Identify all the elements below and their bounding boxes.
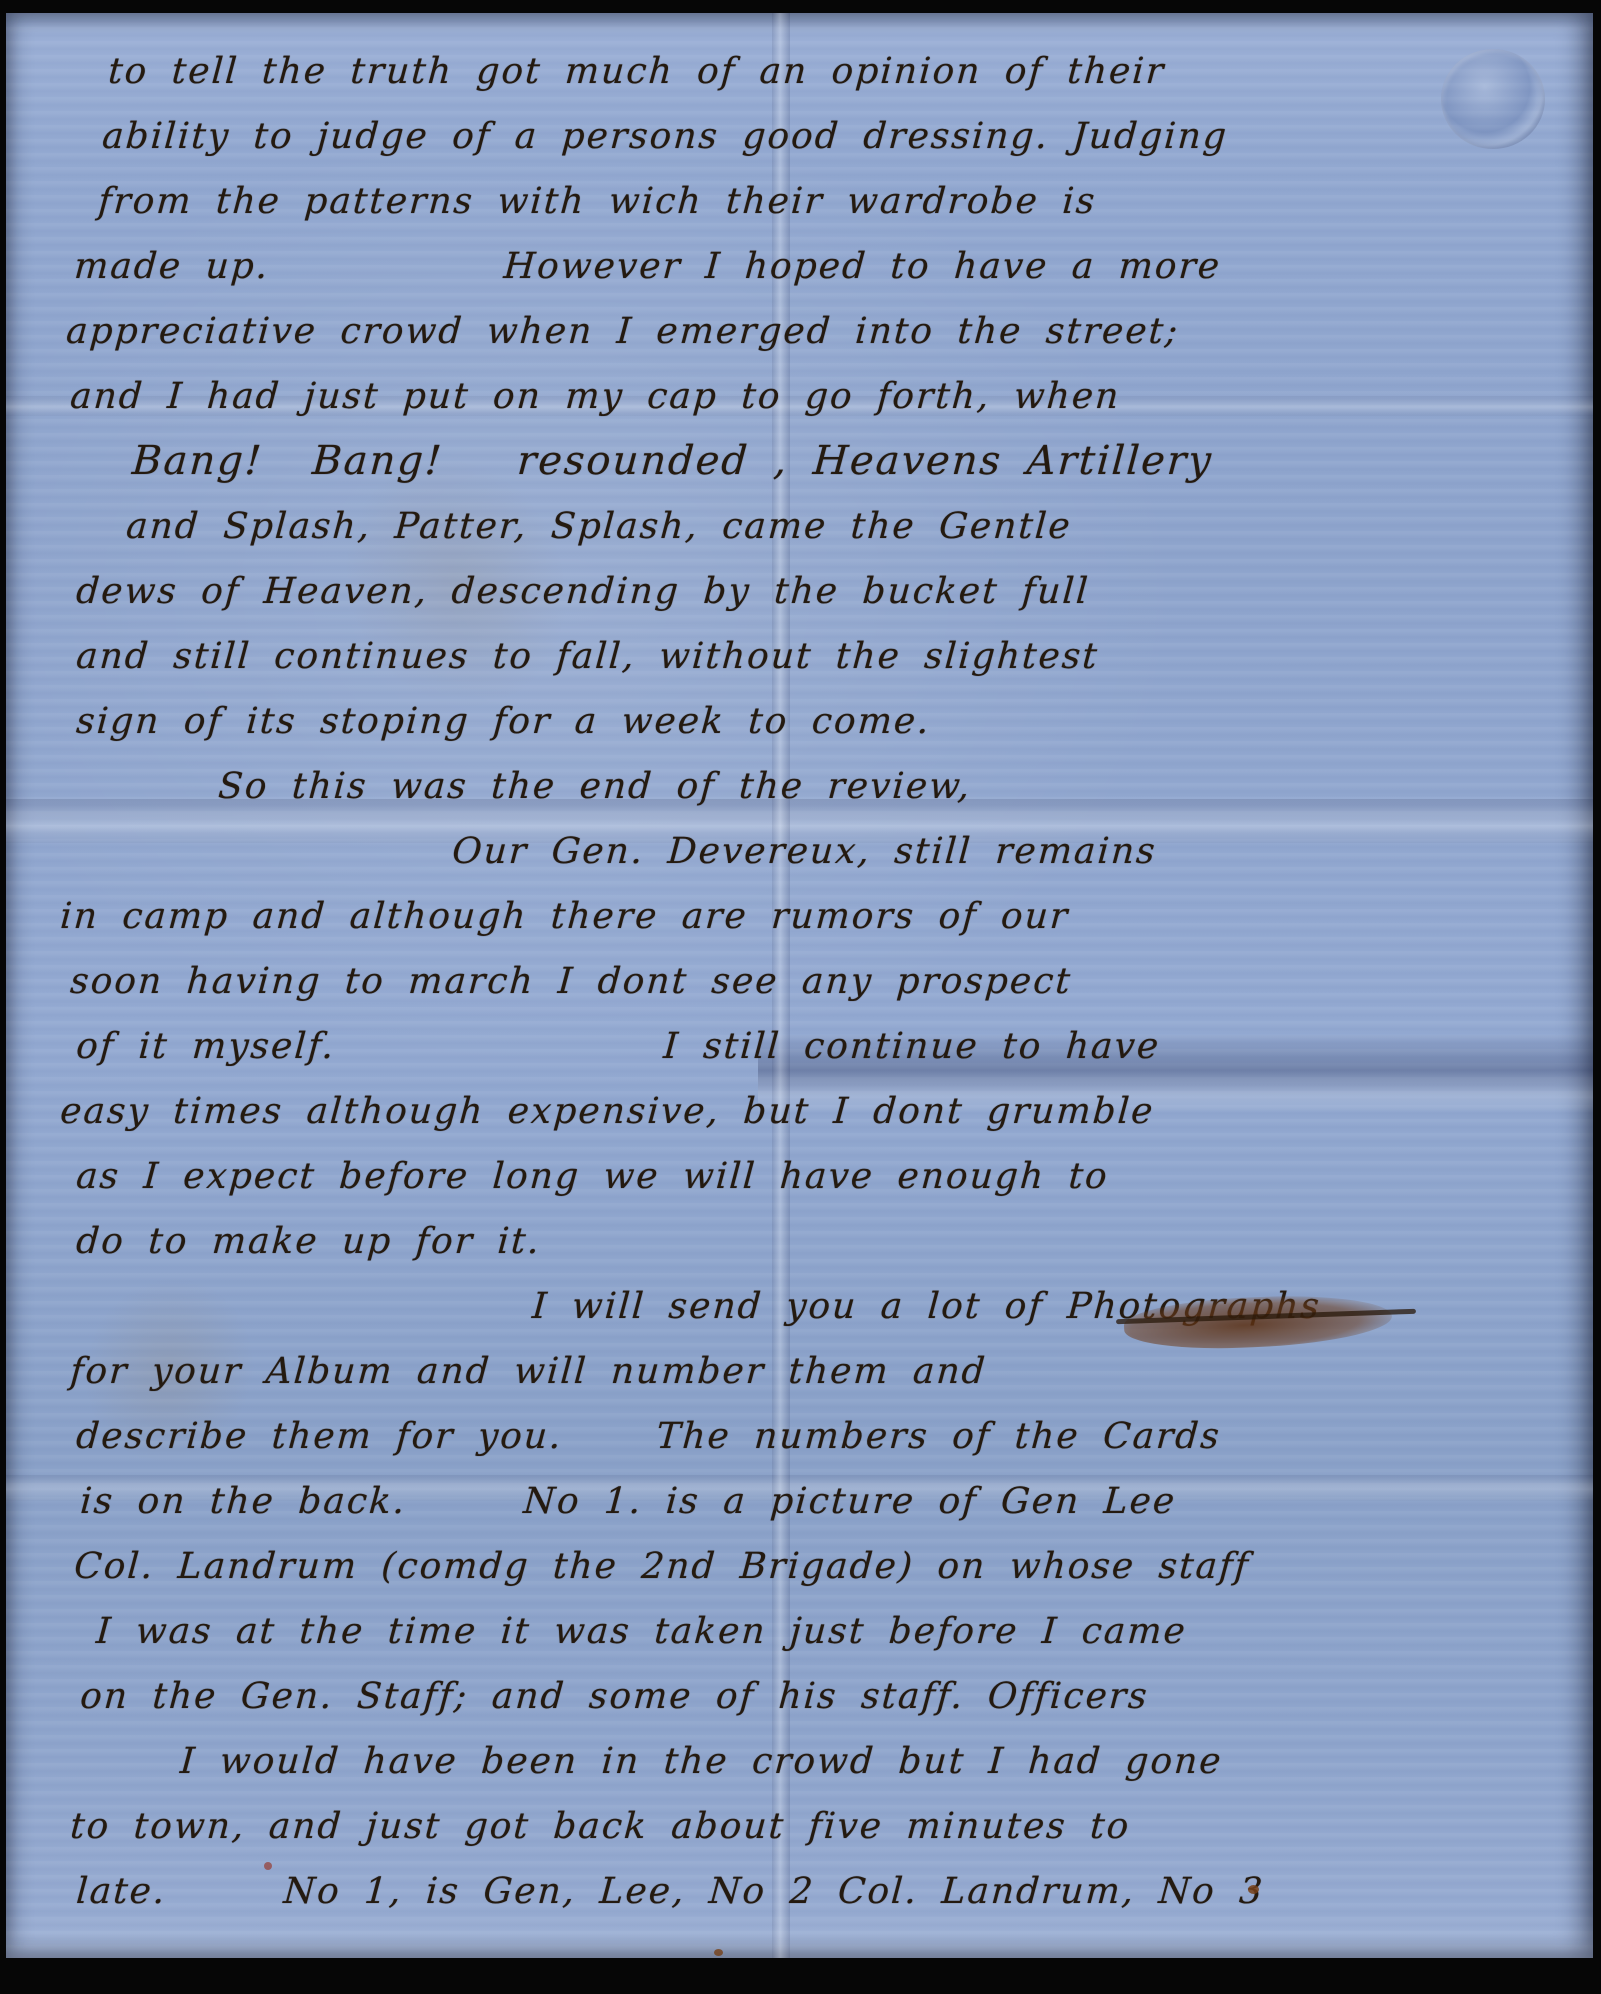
- ink-speck: [1248, 1885, 1259, 1894]
- letter-line: and I had just put on my cap to go forth…: [68, 364, 1593, 429]
- letter-line: as I expect before long we will have eno…: [74, 1144, 1593, 1209]
- letter-line: is on the back. No 1. is a picture of Ge…: [78, 1469, 1593, 1534]
- letter-line: describe them for you. The numbers of th…: [74, 1404, 1593, 1469]
- letter-line: I will send you a lot of Photographs: [530, 1274, 1593, 1339]
- letter-line: and still continues to fall, without the…: [74, 624, 1593, 689]
- letter-line: appreciative crowd when I emerged into t…: [64, 299, 1593, 364]
- ink-speck: [714, 1949, 723, 1956]
- letter-line: of it myself. I still continue to have: [74, 1014, 1593, 1079]
- letter-line: do to make up for it.: [74, 1209, 1593, 1274]
- letter-line: Col. Landrum (comdg the 2nd Brigade) on …: [72, 1534, 1593, 1599]
- letter-line: Bang! Bang! resounded , Heavens Artiller…: [130, 429, 1593, 494]
- letter-body: to tell the truth got much of an opinion…: [58, 39, 1593, 1924]
- letter-line: soon having to march I dont see any pros…: [68, 949, 1593, 1014]
- letter-paper: to tell the truth got much of an opinion…: [6, 13, 1593, 1958]
- letter-line: to town, and just got back about five mi…: [68, 1794, 1593, 1859]
- ink-speck: [264, 1862, 272, 1870]
- letter-line: on the Gen. Staff; and some of his staff…: [78, 1664, 1593, 1729]
- letter-line: I was at the time it was taken just befo…: [94, 1599, 1593, 1664]
- letter-line: dews of Heaven, descending by the bucket…: [74, 559, 1593, 624]
- letter-line: sign of its stoping for a week to come.: [74, 689, 1593, 754]
- scanned-letter: to tell the truth got much of an opinion…: [0, 0, 1601, 1994]
- letter-line: I would have been in the crowd but I had…: [178, 1729, 1593, 1794]
- letter-line: Our Gen. Devereux, still remains: [450, 819, 1593, 884]
- letter-line: ability to judge of a persons good dress…: [100, 104, 1593, 169]
- letter-line: So this was the end of the review,: [216, 754, 1593, 819]
- letter-line: to tell the truth got much of an opinion…: [106, 39, 1593, 104]
- letter-line: from the patterns with wich their wardro…: [96, 169, 1593, 234]
- letter-line: easy times although expensive, but I don…: [58, 1079, 1593, 1144]
- letter-line: for your Album and will number them and: [68, 1339, 1593, 1404]
- letter-line: and Splash, Patter, Splash, came the Gen…: [124, 494, 1593, 559]
- letter-line: late. No 1, is Gen, Lee, No 2 Col. Landr…: [74, 1859, 1593, 1924]
- letter-line: made up. However I hoped to have a more: [72, 234, 1593, 299]
- letter-line: in camp and although there are rumors of…: [58, 884, 1593, 949]
